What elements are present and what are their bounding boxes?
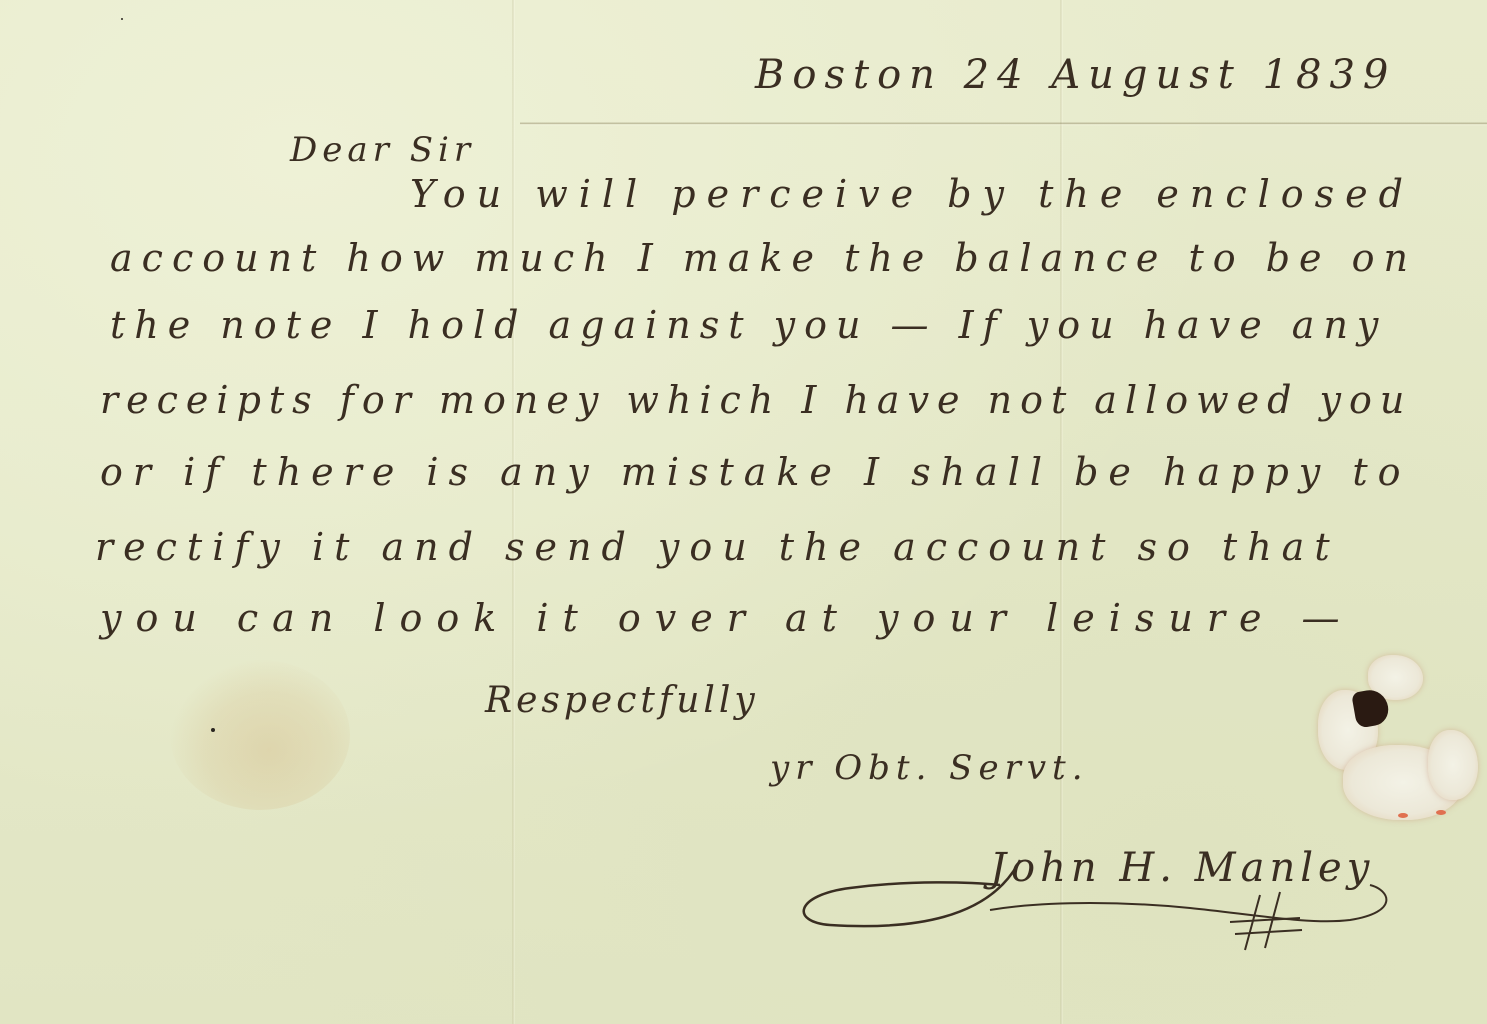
closing-servant: yr Obt. Servt.	[770, 748, 1089, 788]
water-stain	[170, 660, 350, 810]
horizontal-fold-line	[520, 122, 1487, 126]
signature: John H. Manley	[990, 845, 1374, 891]
body-line-4: receipts for money which I have not allo…	[100, 378, 1412, 422]
body-line-6: rectify it and send you the account so t…	[95, 525, 1340, 569]
body-line-5: or if there is any mistake I shall be ha…	[100, 450, 1410, 494]
vertical-fold-line	[512, 0, 515, 1024]
dateline: Boston 24 August 1839	[755, 52, 1396, 98]
body-line-7: you can look it over at your leisure —	[100, 596, 1354, 640]
body-line-1: You will perceive by the enclosed	[410, 172, 1414, 216]
salutation: Dear Sir	[290, 130, 475, 170]
body-line-3: the note I hold against you — If you hav…	[110, 303, 1387, 347]
torn-seal-area	[1318, 650, 1478, 825]
body-line-2: account how much I make the balance to b…	[110, 236, 1417, 280]
closing: Respectfully	[485, 680, 759, 721]
letter-page: Boston 24 August 1839 Dear Sir You will …	[0, 0, 1487, 1024]
ink-speck	[211, 728, 215, 732]
ink-speck	[121, 18, 123, 20]
